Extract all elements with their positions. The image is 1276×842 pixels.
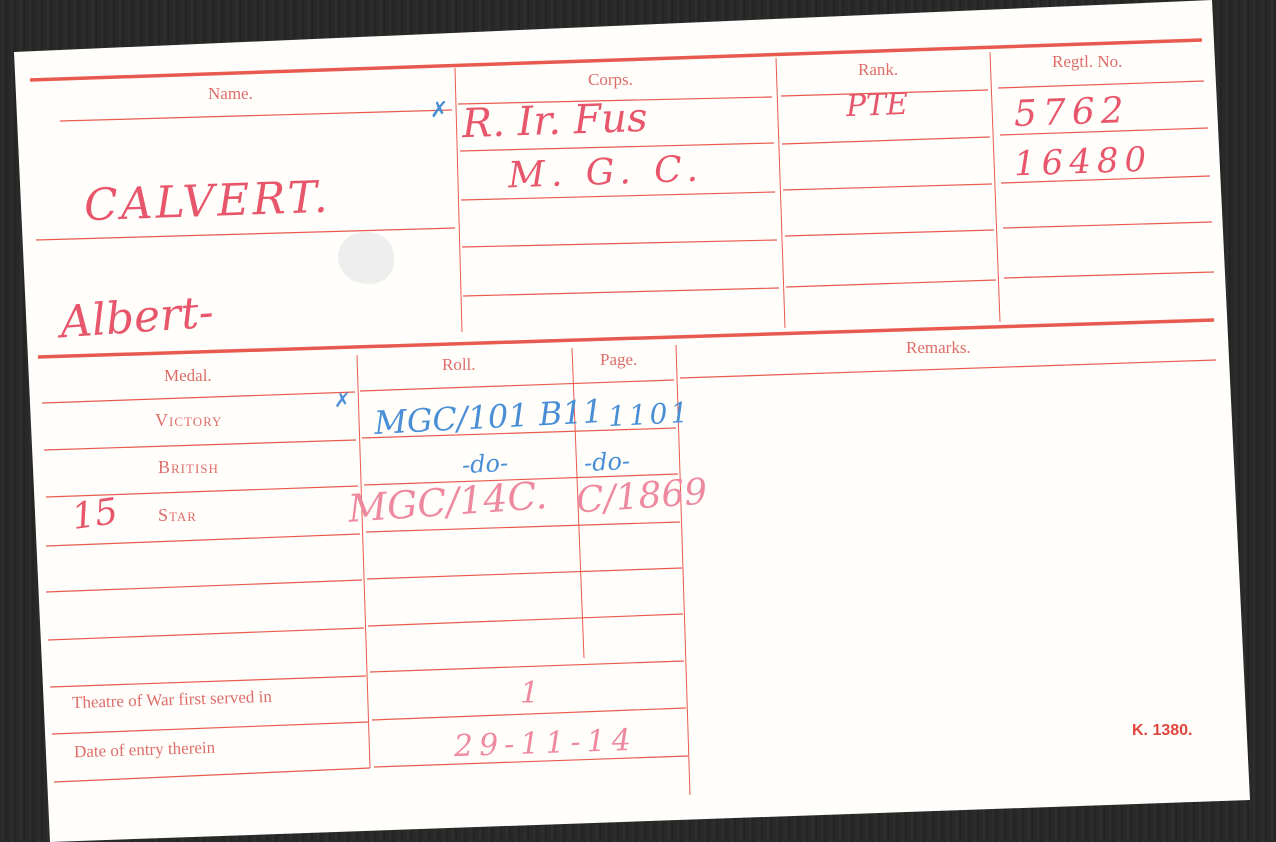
corps-entry-1: R. Ir. Fus [461, 95, 648, 147]
check-mark-icon: ✗ [430, 98, 448, 123]
medal-british-label: British [158, 457, 219, 478]
form-number-stamp: K. 1380. [1132, 722, 1192, 740]
name-header: Name. [208, 84, 253, 104]
british-roll-entry: -do- [461, 449, 508, 479]
surname-entry: CALVERT. [83, 172, 331, 232]
roll-check-mark-icon: ✗ [334, 388, 351, 412]
medal-victory-label: Victory [155, 410, 222, 431]
corps-entry-2: M. G. C. [507, 149, 704, 197]
rank-entry: PTE [845, 87, 908, 124]
page-header: Page. [600, 350, 637, 370]
theatre-entry: 1 [520, 676, 539, 711]
remarks-header: Remarks. [906, 338, 971, 358]
entry-date-entry: 29-11-14 [453, 723, 637, 764]
corps-header: Corps. [588, 70, 633, 90]
regtl-no-header: Regtl. No. [1052, 52, 1122, 72]
forename-entry: Albert- [58, 287, 215, 349]
star-prefix-entry: 15 [69, 491, 120, 538]
regtl-no-entry-2: 16480 [1013, 140, 1152, 185]
medal-star-label: Star [158, 505, 197, 526]
victory-page-entry: 1101 [607, 396, 692, 433]
medal-header: Medal. [164, 366, 212, 386]
rank-header: Rank. [858, 60, 898, 80]
stain-mark [338, 232, 394, 284]
regtl-no-entry-1: 5762 [1013, 90, 1130, 135]
british-page-entry: -do- [583, 447, 630, 477]
roll-header: Roll. [442, 355, 476, 375]
